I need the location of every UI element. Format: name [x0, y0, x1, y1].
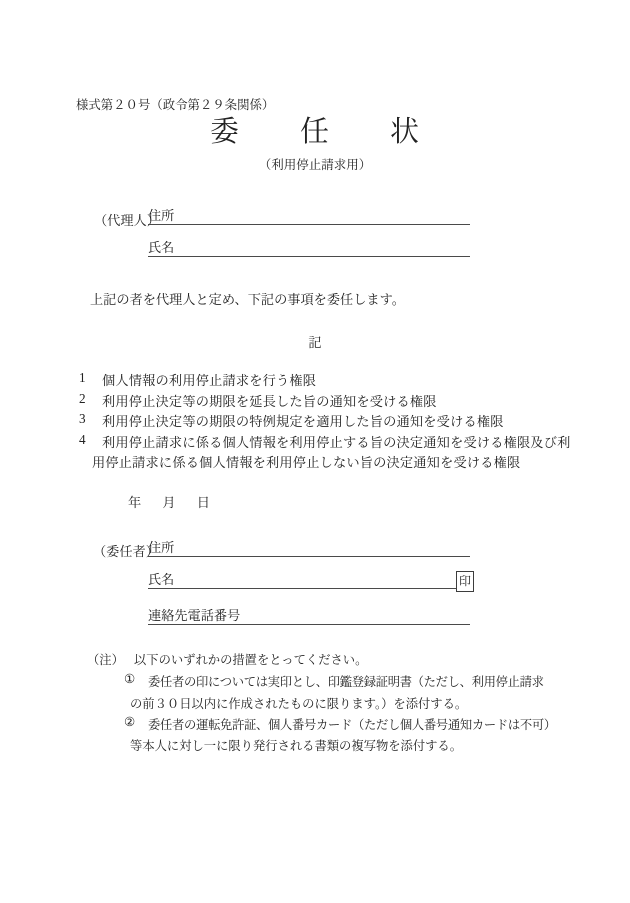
note-text: 委任者の印については実印とし、印鑑登録証明書（ただし、利用停止請求 [148, 672, 544, 690]
note-text-continuation: の前３０日以内に作成されたものに限ります。）を添付する。 [130, 694, 467, 712]
seal-box: 印 [456, 571, 474, 592]
notes-intro-row: （注） 以下のいずれかの措置をとってください。 [87, 650, 367, 668]
item-text-continuation: 用停止請求に係る個人情報を利用停止しない旨の決定通知を受ける権限 [92, 452, 520, 471]
item-number: 2 [79, 391, 102, 410]
principal-phone-field: 連絡先電話番号 [148, 607, 470, 625]
item-text: 個人情報の利用停止請求を行う権限 [102, 370, 316, 389]
principal-address-field: 住所 [148, 539, 470, 557]
agent-address-label: 住所 [148, 208, 174, 223]
delegated-item-row: 3 利用停止決定等の期限の特例規定を適用した旨の通知を受ける権限 [79, 411, 504, 430]
principal-address-label: 住所 [148, 540, 174, 555]
item-number: 1 [79, 370, 102, 389]
agent-name-field: 氏名 [148, 239, 470, 257]
notes-label: （注） [87, 650, 124, 668]
principal-name-label: 氏名 [148, 572, 174, 587]
note-number: ② [124, 715, 144, 730]
item-text: 利用停止決定等の期限を延長した旨の通知を受ける権限 [102, 391, 437, 410]
section-marker: 記 [0, 332, 630, 351]
item-text: 利用停止決定等の期限の特例規定を適用した旨の通知を受ける権限 [102, 411, 504, 430]
principal-phone-label: 連絡先電話番号 [148, 608, 240, 623]
note-text-continuation: 等本人に対し一に限り発行される書類の複写物を添付する。 [130, 736, 462, 754]
document-page: 様式第２０号（政令第２９条関係） 委 任 状 （利用停止請求用） （代理人） 住… [0, 0, 630, 903]
document-subtitle: （利用停止請求用） [0, 155, 630, 173]
agent-name-label: 氏名 [148, 240, 174, 255]
agent-address-field: 住所 [148, 207, 470, 225]
delegation-statement: 上記の者を代理人と定め、下記の事項を委任します。 [90, 291, 405, 308]
delegated-item-row: 1 個人情報の利用停止請求を行う権限 [79, 370, 316, 389]
date-line: 年 月 日 [128, 492, 214, 511]
delegated-item-row: 4 利用停止請求に係る個人情報を利用停止する旨の決定通知を受ける権限及び利 [79, 432, 571, 451]
note-number: ① [124, 672, 144, 687]
note-text: 委任者の運転免許証、個人番号カード（ただし個人番号通知カードは不可） [148, 715, 556, 733]
item-text: 利用停止請求に係る個人情報を利用停止する旨の決定通知を受ける権限及び利 [102, 432, 571, 451]
seal-mark: 印 [459, 574, 471, 588]
delegated-item-row: 2 利用停止決定等の期限を延長した旨の通知を受ける権限 [79, 391, 437, 410]
item-number: 4 [79, 432, 102, 451]
principal-name-field: 氏名 [148, 571, 456, 589]
document-title: 委 任 状 [0, 109, 630, 150]
item-number: 3 [79, 411, 102, 430]
notes-intro: 以下のいずれかの措置をとってください。 [134, 653, 367, 667]
